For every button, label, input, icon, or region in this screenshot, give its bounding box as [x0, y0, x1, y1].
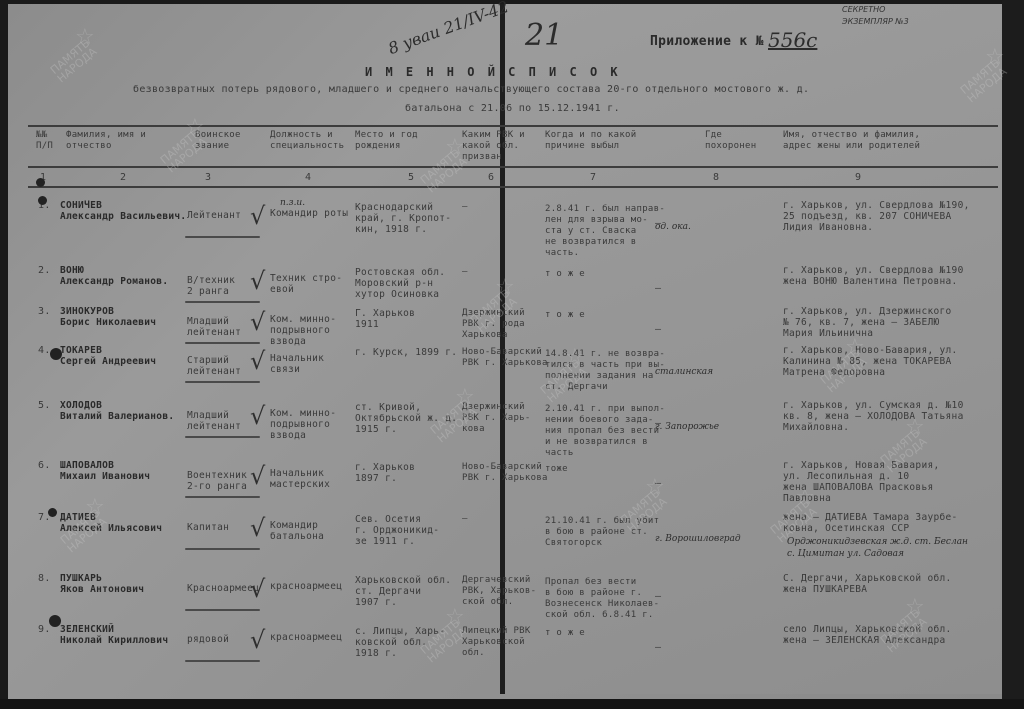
check-mark-icon: √ [250, 202, 265, 230]
row-number: 9. [38, 624, 51, 636]
soldier-name: ШАПОВАЛОВ Михаил Иванович [60, 460, 150, 482]
underline-mark [185, 381, 260, 383]
column-header: №№ П/П [36, 130, 53, 152]
soldier-name: ЗИНОКУРОВ Борис Николаевич [60, 306, 156, 328]
draft-office: Дергачевский РВК, Харьков- ской обл. [462, 575, 536, 608]
birth-place: г. Харьков 1897 г. [355, 462, 415, 484]
military-rank: Лейтенант [187, 210, 241, 221]
loss-reason: 2.8.41 г. был направ- лен для взрыва мо-… [545, 204, 665, 259]
handwritten-note: Орджоникидзевская ж.д. ст. Беслан с. Цим… [787, 536, 968, 560]
check-mark-icon: √ [250, 626, 265, 654]
draft-office: — [462, 202, 468, 213]
check-mark-icon: √ [250, 267, 265, 295]
military-rank: Старший лейтенант [187, 355, 241, 377]
position: Командир роты [270, 208, 348, 219]
military-rank: Младший лейтенант [187, 316, 241, 338]
draft-office: Липецкий РВК Харьковской обл. [462, 626, 531, 659]
scan-border-bottom [0, 699, 1024, 709]
burial-place: — [655, 283, 661, 295]
soldier-name: ЗЕЛЕНСКИЙ Николай Кириллович [60, 624, 168, 646]
column-header: Когда и по какой причине выбыл [545, 130, 637, 152]
handwritten-number: 21 [525, 18, 563, 53]
punch-hole [50, 348, 62, 360]
burial-place: — [655, 324, 661, 336]
copy-text: ЭКЗЕМПЛЯР №3 [842, 16, 909, 28]
row-number: 2. [38, 265, 51, 277]
row-number: 5. [38, 400, 51, 412]
handwritten-note: г. Ворошиловград [655, 534, 741, 544]
soldier-name: ВОНЮ Александр Романов. [60, 265, 168, 287]
watermark-star-icon: ☆ [795, 485, 815, 510]
document-period: батальона с 21.06 по 15.12.1941 г. [405, 103, 620, 115]
underline-mark [185, 548, 260, 550]
underline-mark [185, 609, 260, 611]
position: Ком. минно- подрывного взвода [270, 408, 336, 441]
birth-place: г. Курск, 1899 г. [355, 347, 457, 358]
punch-hole [48, 508, 57, 517]
document-title: И М Е Н Н О Й С П И С О К [365, 66, 621, 78]
soldier-name: ТОКАРЕВ Сергей Андреевич [60, 345, 156, 367]
row-number: 6. [38, 460, 51, 472]
document-subtitle: безвозвратных потерь рядового, младшего … [133, 84, 809, 96]
appendix-number: 556с [768, 28, 817, 52]
birth-place: Харьковской обл. ст. Дергачи 1907 г. [355, 575, 451, 608]
underline-mark [185, 660, 260, 662]
watermark-star-icon: ☆ [985, 45, 1005, 70]
punch-hole [49, 615, 61, 627]
watermark-star-icon: ☆ [645, 475, 665, 500]
relatives-address: С. Дергачи, Харьковской обл. жена ПУШКАР… [783, 573, 952, 595]
watermark-star-icon: ☆ [85, 495, 105, 520]
check-mark-icon: √ [250, 462, 265, 490]
column-number: 8 [713, 172, 719, 184]
burial-place: — [655, 218, 661, 230]
loss-reason: т о ж е [545, 310, 585, 321]
table-numbers-rule [28, 186, 998, 188]
draft-office: Ново-Баварский РВК г. Харькова [462, 462, 548, 484]
military-rank: В/техник 2 ранга [187, 275, 235, 297]
relatives-address: г. Харьков, ул. Дзержинского № 76, кв. 7… [783, 306, 952, 339]
relatives-address: г. Харьков, ул. Свердлова №190 жена ВОНЮ… [783, 265, 964, 287]
soldier-name: СОНИЧЕВ Александр Васильевич. [60, 200, 186, 222]
position: Начальник связи [270, 353, 324, 375]
military-rank: Младший лейтенант [187, 410, 241, 432]
column-number: 4 [305, 172, 311, 184]
table-top-rule [28, 125, 998, 127]
position: красноармеец [270, 632, 342, 643]
draft-office: — [462, 267, 468, 278]
column-header: Каким РВК и какой обл. призван [462, 130, 525, 163]
draft-office: — [462, 514, 468, 525]
underline-mark [185, 236, 260, 238]
loss-reason: Пропал без вести в бою в районе г. Возне… [545, 577, 659, 621]
burial-place: — [655, 591, 661, 603]
column-header: Где похоронен [705, 130, 756, 152]
position: Техник стро- евой [270, 273, 342, 295]
handwritten-note: г. Запорожье [655, 422, 719, 432]
punch-hole [38, 196, 47, 205]
watermark-star-icon: ☆ [455, 385, 475, 410]
underline-mark [185, 436, 260, 438]
column-number: 3 [205, 172, 211, 184]
watermark-star-icon: ☆ [445, 135, 465, 160]
position: Ком. минно- подрывного взвода [270, 314, 336, 347]
military-rank: Капитан [187, 522, 229, 533]
secret-stamp: СЕКРЕТНО ЭКЗЕМПЛЯР №3 [842, 4, 909, 28]
birth-place: Сев. Осетия г. Орджоникид- зе 1911 г. [355, 514, 439, 547]
punch-hole [36, 178, 45, 187]
column-header: Имя, отчество и фамилия, адрес жены или … [783, 130, 920, 152]
underline-mark [185, 301, 260, 303]
loss-reason: 2.10.41 г. при выпол- нении боевого зада… [545, 404, 665, 459]
underline-mark [185, 496, 260, 498]
handwritten-note: п.з.и. [280, 198, 305, 208]
watermark-star-icon: ☆ [75, 25, 95, 50]
check-mark-icon: √ [250, 308, 265, 336]
loss-reason: т о ж е [545, 269, 585, 280]
relatives-address: г. Харьков, ул. Свердлова №190, 25 подъе… [783, 200, 970, 233]
watermark-star-icon: ☆ [185, 115, 205, 140]
burial-place: — [655, 418, 661, 430]
row-number: 4. [38, 345, 51, 357]
check-mark-icon: √ [250, 402, 265, 430]
watermark-star-icon: ☆ [445, 605, 465, 630]
draft-office: Ново-Баварский РВК г. Харькова [462, 347, 548, 369]
column-header: Место и год рождения [355, 130, 418, 152]
loss-reason: тоже [545, 464, 568, 475]
check-mark-icon: √ [250, 514, 265, 542]
column-number: 5 [408, 172, 414, 184]
underline-mark [185, 342, 260, 344]
position: Начальник мастерских [270, 468, 330, 490]
position: Командир батальона [270, 520, 324, 542]
secret-text: СЕКРЕТНО [842, 4, 909, 16]
row-number: 8. [38, 573, 51, 585]
soldier-name: ХОЛОДОВ Виталий Валерианов. [60, 400, 174, 422]
column-number: 7 [590, 172, 596, 184]
military-rank: Воентехник 2-го ранга [187, 470, 247, 492]
position: красноармеец [270, 581, 342, 592]
loss-reason: т о ж е [545, 628, 585, 639]
watermark-star-icon: ☆ [565, 345, 585, 370]
relatives-address: г. Харьков, ул. Сумская д. №10 кв. 8, же… [783, 400, 964, 433]
column-header: Фамилия, имя и отчество [66, 130, 146, 152]
column-number: 9 [855, 172, 861, 184]
appendix-label: Приложение к № [650, 36, 764, 48]
column-header: Должность и специальность [270, 130, 344, 152]
relatives-address: г. Харьков, Ново-Бавария, ул. Калинина №… [783, 345, 958, 378]
birth-place: Ростовская обл. Моровский р-н хутор Осин… [355, 267, 445, 300]
column-number: 6 [488, 172, 494, 184]
check-mark-icon: √ [250, 347, 265, 375]
birth-place: Г. Харьков 1911 [355, 308, 415, 330]
military-rank: рядовой [187, 634, 229, 645]
watermark-star-icon: ☆ [905, 595, 925, 620]
check-mark-icon: √ [250, 575, 265, 603]
burial-place: — [655, 642, 661, 654]
scan-border [1002, 0, 1024, 709]
column-number: 2 [120, 172, 126, 184]
row-number: 3. [38, 306, 51, 318]
birth-place: Краснодарский край, г. Кропот- кин, 1918… [355, 202, 451, 235]
watermark-star-icon: ☆ [495, 275, 515, 300]
military-rank: Красноармеец [187, 583, 259, 594]
watermark-star-icon: ☆ [905, 415, 925, 440]
watermark-star-icon: ☆ [845, 335, 865, 360]
soldier-name: ПУШКАРЬ Яков Антонович [60, 573, 144, 595]
handwritten-note: сталинская [655, 367, 713, 377]
